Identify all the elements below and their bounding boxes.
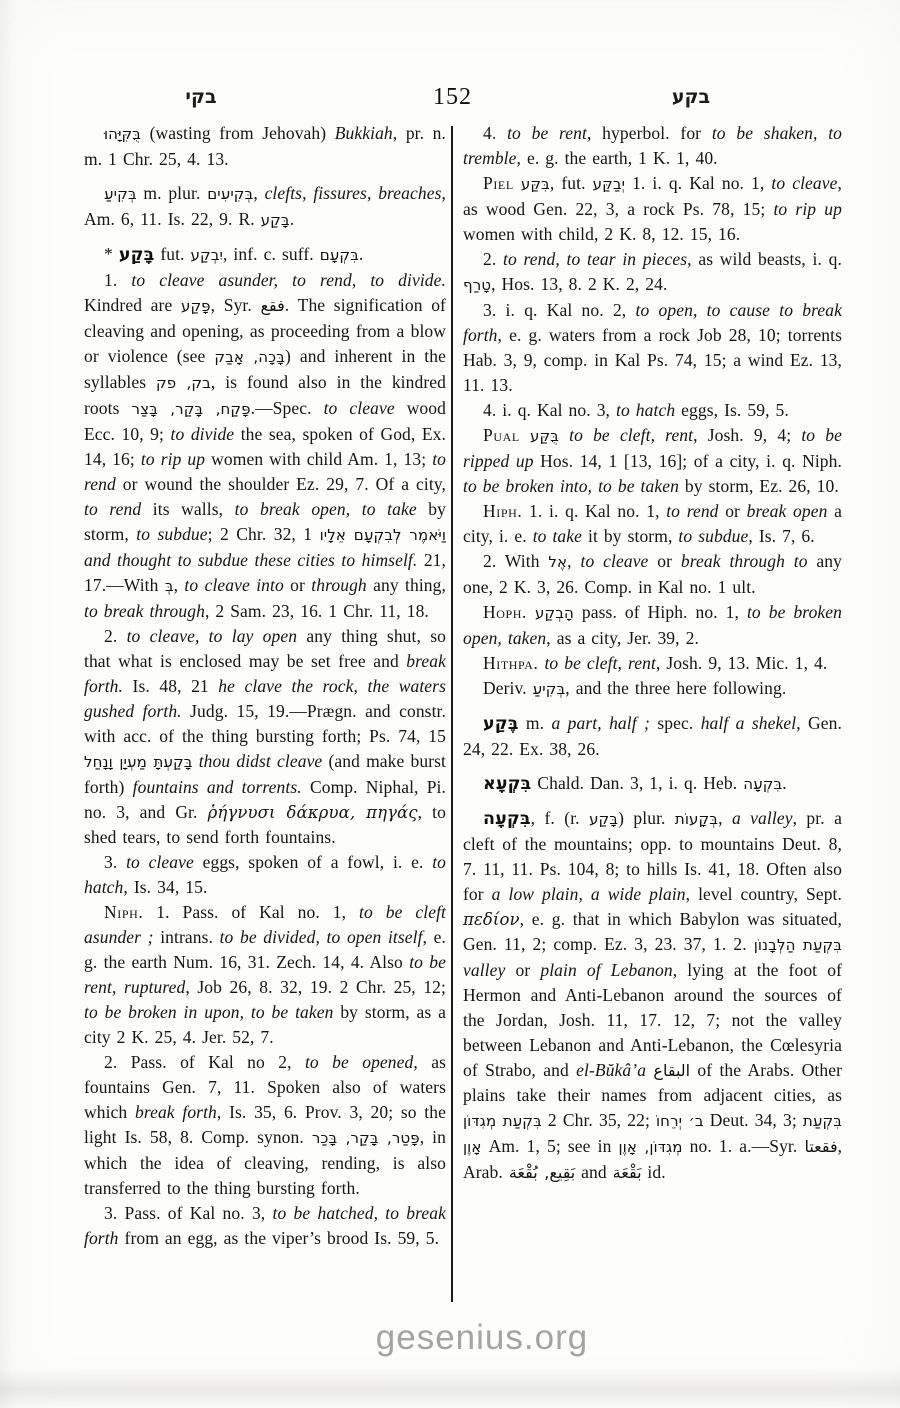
text-run: its walls, (141, 499, 234, 519)
italic-text: to rend (666, 501, 718, 521)
italic-text: a low plain, a wide plain (492, 884, 686, 904)
italic-text: thou didst cleave (199, 751, 323, 771)
dictionary-paragraph: בִּקְעָה, f. (r. בָּקַע) plur. בְּקָעוֹת… (463, 806, 842, 1185)
hebrew-text: בָּקַעְתָּ מַעְיָן וָנָחַל (84, 753, 193, 771)
text-run: 2 Chr. 35, 22; (542, 1110, 656, 1130)
text-run: any thing, (367, 575, 446, 595)
text-run: it by storm, (582, 526, 678, 546)
text-run: 3. (104, 852, 126, 872)
hebrew-text: בְּקִיעַ (104, 185, 137, 203)
text-run: . (359, 244, 363, 264)
text-run: no. 1. a.—Syr. (683, 1136, 805, 1156)
grammar-form-label: Pual (483, 425, 520, 445)
italic-text: to be rent (507, 123, 587, 143)
text-run: women with child, 2 K. 8, 12. 15, 16. (463, 224, 740, 244)
grammar-form-label: Niph. (104, 902, 143, 922)
hebrew-headword: בֶּקַע (483, 714, 519, 734)
text-run: , (718, 808, 732, 828)
page-header: בקי 152 בקע (0, 84, 900, 116)
hebrew-text: בָּקַע (589, 810, 618, 828)
text-run: 2. (104, 626, 127, 646)
dictionary-paragraph: 4. i. q. Kal no. 3, to hatch eggs, Is. 5… (463, 398, 842, 423)
text-run: , e. g. the earth, 1 K. 1, 40. (517, 148, 718, 168)
italic-text: to subdue (678, 526, 748, 546)
text-run: 1. i. q. Kal no. 1, (522, 501, 666, 521)
text-run: , Josh. 9, 4; (693, 425, 801, 445)
text-run: , and the three here following. (565, 678, 786, 698)
text-run: 1. Pass. of Kal no. 1, (143, 902, 359, 922)
dictionary-paragraph: Pual בֻּקַּע to be cleft, rent, Josh. 9,… (463, 423, 842, 499)
arabic-text: البقاع (653, 1061, 690, 1080)
hebrew-text: יְבַקַּע (593, 175, 625, 193)
italic-text: to break open, to take (235, 499, 417, 519)
italic-text: to rend, to tear in pieces (503, 249, 687, 269)
hebrew-text: בִּקְעָה (743, 775, 782, 793)
text-run: , Hos. 13, 8. 2 K. 2, 24. (491, 274, 667, 294)
dictionary-paragraph: בִּקְעָא Chald. Dan. 3, 1, i. q. Heb. בִ… (463, 771, 842, 797)
italic-text: to hatch (616, 400, 675, 420)
text-run: , e. g. waters from a rock Job 28, 10; t… (463, 325, 842, 395)
text-run: Am. 1, 5; see in (482, 1136, 619, 1156)
hebrew-text: בְּ (165, 577, 174, 595)
text-run: . (782, 773, 786, 793)
hebrew-text: טָרַף (463, 276, 491, 294)
text-run: by storm, Ez. 26, 10. (679, 476, 839, 496)
text-run (514, 173, 521, 193)
text-run: , Is. 34, 15. (123, 877, 207, 897)
column-divider-rule (451, 126, 453, 1302)
italic-text: to be opened (305, 1052, 413, 1072)
hebrew-text: בִּקְעַת מְגִדּוֹן (463, 1112, 542, 1130)
hebrew-text: פָּטַר, בָּקַר, בָּכַר (312, 1129, 420, 1147)
text-run: and (575, 1162, 612, 1182)
italic-text: to cleave into (184, 575, 283, 595)
arabic-text: بَقْعَة (613, 1163, 642, 1182)
text-run: id. (642, 1162, 666, 1182)
italic-text: to cleave, to lay open (127, 626, 298, 646)
text-run: 4. (483, 123, 507, 143)
grammar-form-label: Hithpa. (483, 653, 538, 673)
italic-text: to be divided, to open itself (220, 927, 423, 947)
dictionary-paragraph: Hithpa. to be cleft, rent, Josh. 9, 13. … (463, 651, 842, 676)
dictionary-paragraph: 2. Pass. of Kal no 2, to be opened, as f… (84, 1050, 446, 1201)
hebrew-text: בָּכָה, אָבַק (214, 348, 285, 366)
text-run: Chald. Dan. 3, 1, i. q. Heb. (531, 773, 743, 793)
text-run: fut. (154, 244, 190, 264)
text-run (520, 425, 530, 445)
running-head-hebrew-right: בקע (656, 86, 726, 108)
hebrew-text: וַיֹּאמֶר לְבִקְעָם אֵלָיו (320, 526, 446, 544)
text-run: , level country, Sept. (686, 884, 842, 904)
hebrew-text: בָּקַע (261, 211, 290, 229)
dictionary-paragraph: Hiph. 1. i. q. Kal no. 1, to rend or bre… (463, 499, 842, 549)
italic-text: el-Bŭkâ’a (576, 1060, 646, 1080)
dictionary-paragraph: 3. to cleave eggs, spoken of a fowl, i. … (84, 850, 446, 900)
text-run: , Job 26, 8. 32, 19. 2 Chr. 25, 12; (185, 977, 446, 997)
grammar-form-label: Hoph. (483, 602, 527, 622)
text-run: 2. With (483, 551, 548, 571)
italic-text: to be cleft, rent (544, 653, 656, 673)
hebrew-text: בִּקְעַת הַלְּבָנוֹן (754, 936, 842, 954)
text-run: eggs, Is. 59, 5. (675, 400, 789, 420)
italic-text: to rend (84, 499, 141, 519)
text-run: or (648, 551, 680, 571)
syriac-text: فقع (261, 296, 285, 315)
text-run: , Josh. 9, 13. Mic. 1, 4. (656, 653, 827, 673)
italic-text: half a shekel (701, 713, 797, 733)
hebrew-text: בִּקַּע (521, 175, 550, 193)
hebrew-headword: בִּקְעָה (483, 809, 531, 829)
text-run: eggs, spoken of a fowl, i. e. (194, 852, 432, 872)
page-number: 152 (405, 84, 500, 111)
text-run: from an egg, as the viper’s brood Is. 59… (119, 1228, 440, 1248)
text-run: , as a city, Jer. 39, 2. (546, 628, 699, 648)
grammar-form-label: Piel (483, 173, 514, 193)
hebrew-text: בֻּקַּע (530, 427, 559, 445)
text-run: , 2 Sam. 23, 16. 1 Chr. 11, 18. (205, 601, 429, 621)
italic-text: to cleave (580, 551, 648, 571)
italic-text: to divide (171, 424, 235, 444)
italic-text: to cleave (324, 398, 395, 418)
running-head-hebrew-left: בקי (166, 86, 236, 108)
italic-text: to rip up (141, 449, 205, 469)
text-run: , fut. (550, 173, 593, 193)
italic-text: to rip up (773, 199, 842, 219)
hebrew-text: מְגִדּוֹן, אָוֶן (619, 1138, 683, 1156)
italic-text: Bukkiah (335, 123, 393, 143)
dictionary-paragraph: Piel בִּקַּע, fut. יְבַקַּע 1. i. q. Kal… (463, 171, 842, 247)
text-run: women with child Am. 1, 13; (205, 449, 432, 469)
text-run: or (505, 960, 540, 980)
italic-text: and thought to subdue these cities to hi… (84, 550, 417, 570)
page-edge-shadow-bottom (0, 1368, 900, 1408)
italic-text: a part, half ; (551, 713, 650, 733)
text-run: ; 2 Chr. 32, 1 (208, 524, 320, 544)
hebrew-text: בִּקְעָם (320, 246, 359, 264)
text-run: . (290, 209, 294, 229)
dictionary-paragraph: 2. With אֶל, to cleave or break through … (463, 549, 842, 600)
text-run: 3. Pass. of Kal no. 3, (104, 1203, 273, 1223)
syriac-text: فقعتا (804, 1137, 837, 1156)
italic-text: through (311, 575, 366, 595)
text-run: * (104, 244, 119, 264)
italic-text: to be broken into, to be taken (463, 476, 679, 496)
greek-text: ῥήγνυσι δάκρυα, πηγάς (208, 803, 418, 822)
text-run: m. plur. (137, 183, 208, 203)
text-run: 1. i. q. Kal no. 1, (625, 173, 771, 193)
italic-text: valley (463, 960, 505, 980)
text-run: ) plur. (618, 808, 675, 828)
hebrew-text: הָבְקַע (535, 604, 574, 622)
italic-text: clefts, fissures, breaches (265, 183, 442, 203)
italic-text: to cleave (126, 852, 194, 872)
text-run: m. (519, 713, 552, 733)
dictionary-paragraph: * בָּקַע fut. יִבְקַע, inf. c. suff. בִּ… (84, 242, 446, 268)
hebrew-text: בֻּקִּיָּהוּ (104, 125, 141, 143)
italic-text: to be cleft, rent (569, 425, 693, 445)
text-run: Is. 48, 21 (123, 676, 218, 696)
text-run: , as wild beasts, i. q. (687, 249, 842, 269)
text-run: , (174, 575, 185, 595)
text-run: , (567, 551, 580, 571)
text-run: (wasting from Jehovah) (141, 123, 335, 143)
text-run (527, 602, 535, 622)
text-run: Deut. 34, 3; (704, 1110, 803, 1130)
page-edge-shadow-left (0, 0, 14, 1408)
grammar-form-label: Hiph. (483, 501, 522, 521)
arabic-text: بَقِيع, بُقْعَة (509, 1163, 575, 1182)
text-run (559, 425, 569, 445)
text-run: .—Spec. (251, 398, 324, 418)
scanned-page: בקי 152 בקע בֻּקִּיָּהוּ (wasting from J… (0, 0, 900, 1408)
dictionary-paragraph: בֻּקִּיָּהוּ (wasting from Jehovah) Bukk… (84, 121, 446, 172)
text-run: pass. of Hiph. no. 1, (574, 602, 747, 622)
text-run: Hos. 14, 1 [13, 16]; of a city, i. q. Ni… (534, 451, 842, 471)
hebrew-text: בק, פק (156, 374, 211, 392)
italic-text: to take (533, 526, 582, 546)
italic-text: to subdue (136, 524, 207, 544)
hebrew-text: בְּקָעוֹת (675, 810, 718, 828)
italic-text: fountains and torrents. (133, 777, 302, 797)
italic-text: to break through (84, 601, 205, 621)
italic-text: to be broken in upon, to be taken (84, 1002, 334, 1022)
dictionary-paragraph: 1. to cleave asunder, to rend, to divide… (84, 268, 446, 624)
dictionary-paragraph: בֶּקַע m. a part, half ; spec. half a sh… (463, 711, 842, 762)
text-run: or (284, 575, 311, 595)
hebrew-text: בְּקִיעִים (207, 185, 253, 203)
dictionary-paragraph: 3. i. q. Kal no. 2, to open, to cause to… (463, 298, 842, 398)
text-run: 3. i. q. Kal no. 2, (483, 300, 636, 320)
italic-text: to cleave (771, 173, 837, 193)
text-run: , (253, 183, 264, 203)
dictionary-paragraph: 3. Pass. of Kal no. 3, to be hatched, to… (84, 1201, 446, 1251)
dictionary-paragraph: Hoph. הָבְקַע pass. of Hiph. no. 1, to b… (463, 600, 842, 651)
dictionary-paragraph: 2. to cleave, to lay open any thing shut… (84, 624, 446, 850)
hebrew-text: פָּקַח, בָּקַר, בָּצַר (132, 400, 251, 418)
hebrew-text: אֶל (548, 553, 567, 571)
italic-text: break forth (135, 1102, 217, 1122)
italic-text: to cleave asunder, to rend, to divide. (131, 270, 446, 290)
text-run: , f. (r. (531, 808, 589, 828)
hebrew-headword: בָּקַע (119, 245, 155, 265)
dictionary-paragraph: Niph. 1. Pass. of Kal no. 1, to be cleft… (84, 900, 446, 1050)
text-run: , hyperbol. for (587, 123, 712, 143)
watermark-text: gesenius.org (32, 1318, 900, 1358)
hebrew-text: יִבְקַע (191, 246, 223, 264)
left-column: בֻּקִּיָּהוּ (wasting from Jehovah) Bukk… (84, 121, 446, 1251)
hebrew-text: בְּקִיעַ (533, 680, 566, 698)
text-run: spec. (650, 713, 701, 733)
italic-text: plain of Lebanon (540, 960, 672, 980)
text-run: , Is. 7, 6. (748, 526, 814, 546)
text-run: 2. (483, 249, 503, 269)
italic-text: a valley (732, 808, 793, 828)
text-run: or (719, 501, 747, 521)
dictionary-paragraph: 4. to be rent, hyperbol. for to be shake… (463, 121, 842, 171)
hebrew-headword: בִּקְעָא (483, 774, 531, 794)
dictionary-paragraph: 2. to rend, to tear in pieces, as wild b… (463, 247, 842, 298)
italic-text: break through to (681, 551, 808, 571)
right-column: 4. to be rent, hyperbol. for to be shake… (463, 121, 842, 1185)
text-run: or wound the shoulder Ez. 29, 7. Of a ci… (116, 474, 446, 494)
dictionary-paragraph: בְּקִיעַ m. plur. בְּקִיעִים, clefts, fi… (84, 181, 446, 233)
text-run: , Syr. (211, 295, 261, 315)
italic-text: break open (747, 501, 828, 521)
hebrew-text: פָּקַע (181, 297, 211, 315)
text-run: , inf. c. suff. (223, 244, 320, 264)
text-run: Deriv. (483, 678, 533, 698)
hebrew-text: ב׳ יְרֵחוֹ (656, 1112, 704, 1130)
text-run: 1. (104, 270, 131, 290)
text-run: 4. i. q. Kal no. 3, (483, 400, 616, 420)
dictionary-paragraph: Deriv. בְּקִיעַ, and the three here foll… (463, 676, 842, 702)
text-run: 2. Pass. of Kal no 2, (104, 1052, 305, 1072)
text-run: intrans. (154, 927, 220, 947)
text-run: Kindred are (84, 295, 181, 315)
greek-text: πεδίον (463, 910, 520, 929)
